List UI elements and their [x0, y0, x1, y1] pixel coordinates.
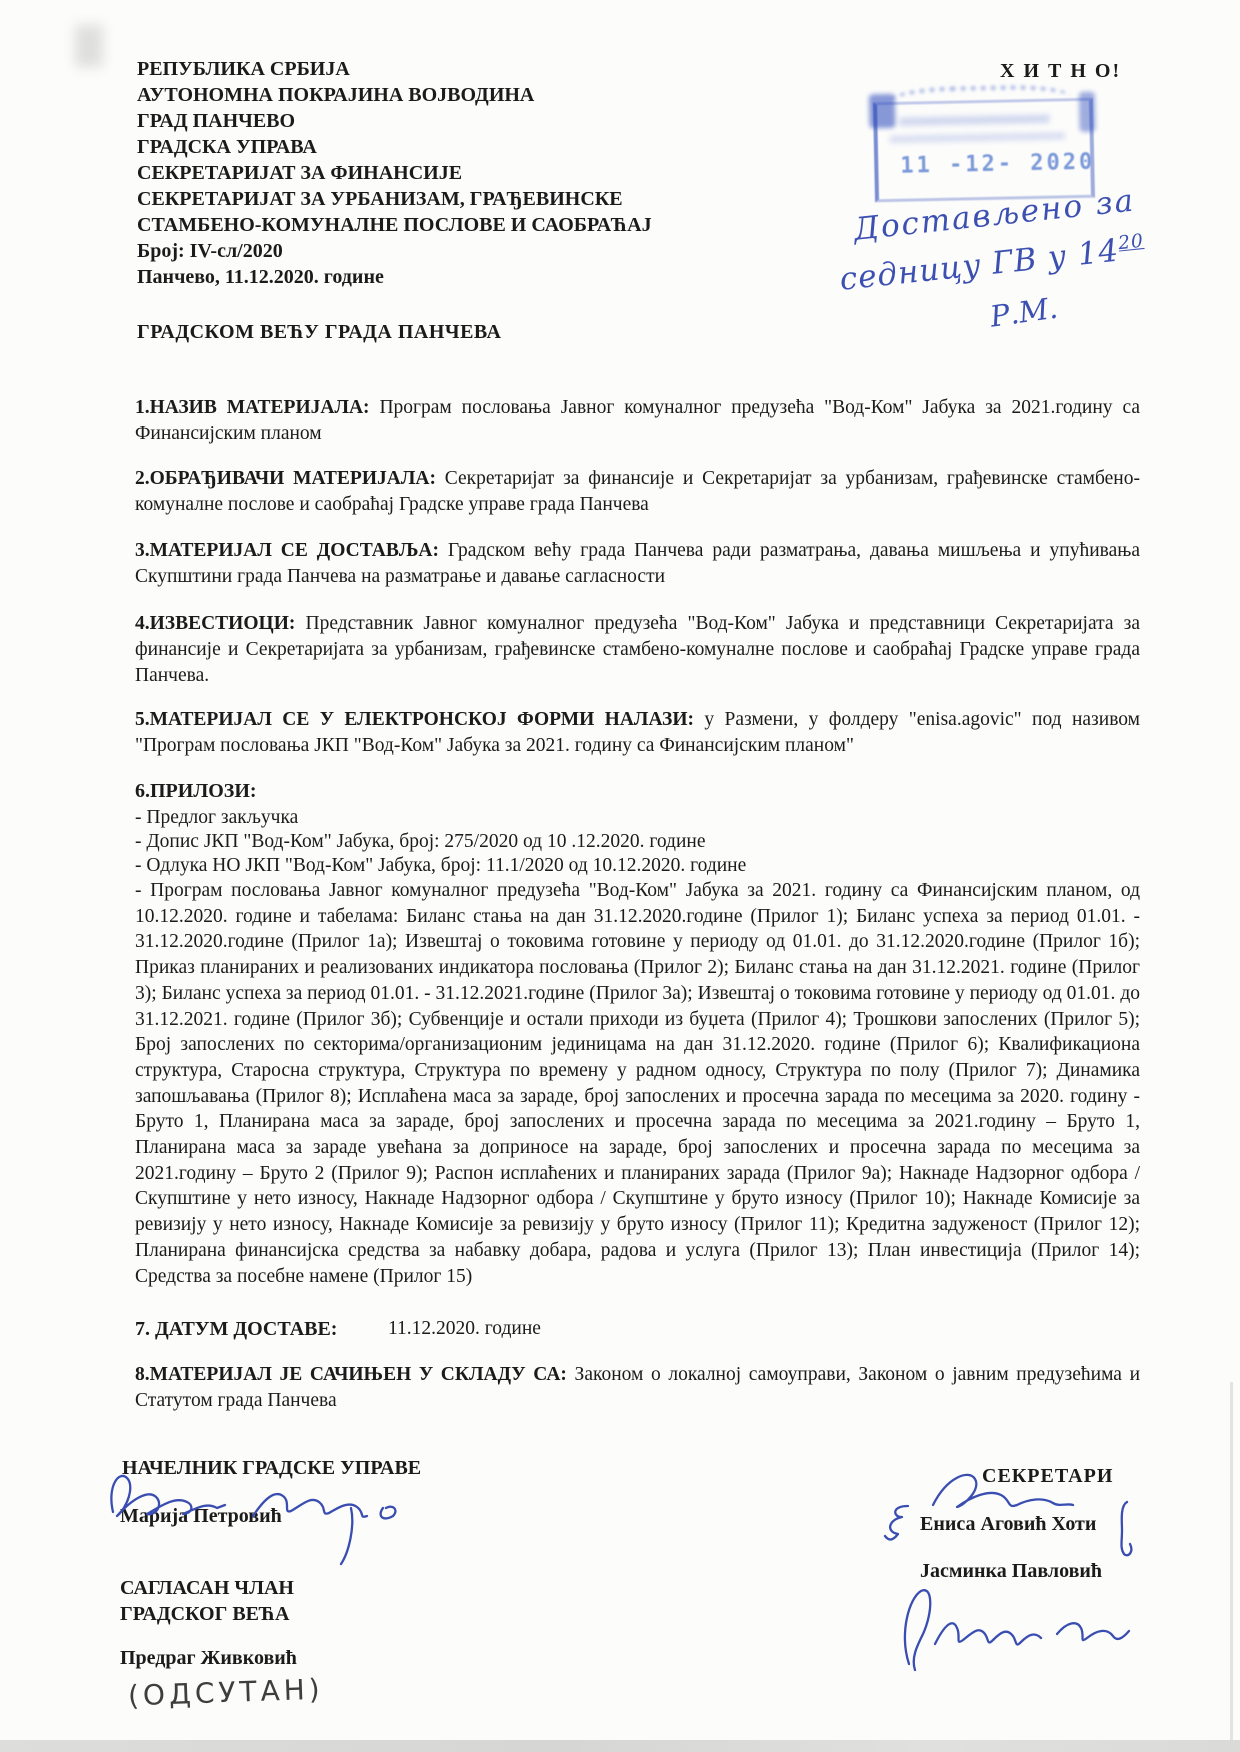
secretary2-name: Јасминка Павловић — [920, 1560, 1102, 1583]
scan-right-edge — [1230, 1382, 1233, 1740]
scan-bottom-edge — [0, 1740, 1240, 1752]
received-stamp: 11 -12- 2020 — [873, 98, 1095, 203]
section-2: 2.ОБРАЂИВАЧИ МАТЕРИЈАЛА: Секретаријат за… — [135, 466, 1140, 518]
attachment-item: - Одлука НО ЈКП "Вод-Ком" Јабука, број: … — [135, 854, 746, 878]
letterhead-line: СТАМБЕНО-КОМУНАЛНЕ ПОСЛОВЕ И САОБРАЋАЈ — [137, 212, 652, 238]
chief-signature — [103, 1458, 413, 1568]
section-1-label: 1.НАЗИВ МАТЕРИЈАЛА: — [135, 397, 370, 418]
agree-member-title-line1: САГЛАСАН ЧЛАН — [120, 1577, 294, 1600]
delivery-date-label: 7. ДАТУМ ДОСТАВЕ: — [135, 1318, 337, 1341]
delivery-date-value: 11.12.2020. године — [388, 1318, 541, 1340]
attachment-item-program: - Програм пословања Јавног комуналног пр… — [135, 878, 1140, 1289]
stamp-ink-blob — [1079, 92, 1096, 132]
section-3-label: 3.МАТЕРИЈАЛ СЕ ДОСТАВЉА: — [135, 540, 439, 561]
letterhead-line: ГРАДСКА УПРАВА — [137, 134, 652, 160]
stamp-date: 11 -12- 2020 — [900, 150, 1095, 179]
letterhead-line: ГРАД ПАНЧЕВО — [137, 108, 652, 134]
handwritten-time-sup: 20 — [1117, 231, 1145, 255]
section-2-label: 2.ОБРАЂИВАЧИ МАТЕРИЈАЛА: — [135, 468, 436, 489]
section-4-label: 4.ИЗВЕСТИОЦИ: — [135, 613, 295, 634]
letterhead-line: РЕПУБЛИКА СРБИЈА — [137, 56, 652, 82]
document-number: Број: IV-сл/2020 — [137, 238, 652, 264]
letterhead-line: АУТОНОМНА ПОКРАЈИНА ВОЈВОДИНА — [137, 82, 652, 108]
recipient-title: ГРАДСКОМ ВЕЋУ ГРАДА ПАНЧЕВА — [137, 321, 501, 344]
letterhead-line: СЕКРЕТАРИЈАТ ЗА УРБАНИЗАМ, ГРАЂЕВИНСКЕ — [137, 186, 652, 212]
handwritten-initials: Р.М. — [988, 291, 1060, 334]
stamp-ink-blob — [869, 94, 896, 129]
attachment-item: - Предлог закључка — [135, 806, 298, 830]
section-3: 3.МАТЕРИЈАЛ СЕ ДОСТАВЉА: Градском већу г… — [135, 538, 1140, 590]
attachments-label: 6.ПРИЛОЗИ: — [135, 780, 257, 803]
absent-note: (ОДСУТАН) — [127, 1673, 324, 1713]
scanned-document-page: РЕПУБЛИКА СРБИЈА АУТОНОМНА ПОКРАЈИНА ВОЈ… — [0, 0, 1240, 1752]
section-5: 5.МАТЕРИЈАЛ СЕ У ЕЛЕКТРОНСКОЈ ФОРМИ НАЛА… — [135, 707, 1140, 759]
secretary1-signature-flourish-right — [1110, 1498, 1138, 1558]
section-4: 4.ИЗВЕСТИОЦИ: Представник Јавног комунал… — [135, 611, 1140, 689]
section-8: 8.МАТЕРИЈАЛ ЈЕ САЧИЊЕН У СКЛАДУ СА: Зако… — [135, 1362, 1140, 1414]
secretary1-signature — [925, 1467, 1085, 1522]
attachment-item: - Допис ЈКП "Вод-Ком" Јабука, број: 275/… — [135, 830, 705, 854]
place-and-date: Панчево, 11.12.2020. године — [137, 264, 652, 290]
urgent-label: Х И Т Н О! — [1000, 60, 1121, 83]
agree-member-title-line2: ГРАДСКОГ ВЕЋА — [120, 1603, 289, 1626]
secretary2-signature — [893, 1582, 1148, 1677]
letterhead-line: СЕКРЕТАРИЈАТ ЗА ФИНАНСИЈЕ — [137, 160, 652, 186]
section-5-label: 5.МАТЕРИЈАЛ СЕ У ЕЛЕКТРОНСКОЈ ФОРМИ НАЛА… — [135, 709, 694, 730]
section-8-label: 8.МАТЕРИЈАЛ ЈЕ САЧИЊЕН У СКЛАДУ СА: — [135, 1364, 567, 1385]
scan-smudge — [75, 25, 103, 67]
section-1: 1.НАЗИВ МАТЕРИЈАЛА: Програм пословања Ја… — [135, 395, 1140, 447]
secretary1-signature-flourish-left — [880, 1502, 916, 1546]
letterhead: РЕПУБЛИКА СРБИЈА АУТОНОМНА ПОКРАЈИНА ВОЈ… — [137, 56, 652, 290]
member-name: Предраг Живковић — [120, 1647, 297, 1670]
